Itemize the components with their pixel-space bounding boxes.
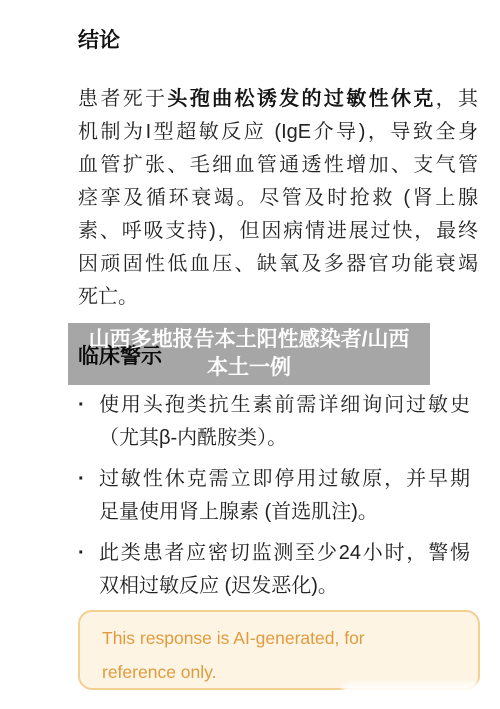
ai-disclaimer-line: This response is AI-generated, for <box>102 621 456 655</box>
ai-disclaimer-box: This response is AI-generated, for refer… <box>78 610 480 690</box>
banner-line: 山西多地报告本土阳性感染者/山西 <box>89 326 410 354</box>
list-item-line: 使用头孢类抗生素前需详细询问过敏史 <box>99 389 470 422</box>
banner-line: 本土一例 <box>207 354 291 382</box>
paragraph-text: 患者死于 <box>78 88 167 110</box>
bullet-icon: · <box>78 389 99 455</box>
watermark-cover <box>342 683 500 701</box>
paragraph-line: 血管扩张、毛细血管通透性增加、支气管 <box>78 149 478 182</box>
list-item-line: 过敏性休克需立即停用过敏原，并早期 <box>99 463 470 496</box>
page-root: 结论 患者死于头孢曲松诱发的过敏性休克，其 机制为I型超敏反应 (IgE介导)，… <box>0 0 500 709</box>
conclusion-paragraph: 患者死于头孢曲松诱发的过敏性休克，其 机制为I型超敏反应 (IgE介导)，导致全… <box>78 83 478 314</box>
bullet-icon: · <box>78 537 99 603</box>
list-item-line: 双相过敏反应 (迟发恶化)。 <box>99 570 470 603</box>
paragraph-text: ，其 <box>436 88 478 110</box>
list-item: · 过敏性休克需立即停用过敏原，并早期 足量使用肾上腺素 (首选肌注)。 <box>78 463 470 529</box>
list-item-text: 使用头孢类抗生素前需详细询问过敏史 （尤其β-内酰胺类）。 <box>99 389 470 455</box>
list-item: · 使用头孢类抗生素前需详细询问过敏史 （尤其β-内酰胺类）。 <box>78 389 470 455</box>
paragraph-line: 患者死于头孢曲松诱发的过敏性休克，其 <box>78 83 478 116</box>
clinical-warning-list: · 使用头孢类抗生素前需详细询问过敏史 （尤其β-内酰胺类）。 · 过敏性休克需… <box>78 389 470 611</box>
list-item-line: （尤其β-内酰胺类）。 <box>99 422 470 455</box>
list-item-line: 足量使用肾上腺素 (首选肌注)。 <box>99 496 470 529</box>
paragraph-line: 素、呼吸支持)，但因病情进展过快，最终 <box>78 215 478 248</box>
paragraph-line: 痉挛及循环衰竭。尽管及时抢救 (肾上腺 <box>78 182 478 215</box>
list-item: · 此类患者应密切监测至少24小时，警惕 双相过敏反应 (迟发恶化)。 <box>78 537 470 603</box>
paragraph-bold-text: 头孢曲松诱发的过敏性休克 <box>167 88 435 110</box>
bullet-icon: · <box>78 463 99 529</box>
paragraph-line: 机制为I型超敏反应 (IgE介导)，导致全身 <box>78 116 478 149</box>
paragraph-line: 死亡。 <box>78 281 478 314</box>
paragraph-line: 因顽固性低血压、缺氧及多器官功能衰竭 <box>78 248 478 281</box>
list-item-text: 过敏性休克需立即停用过敏原，并早期 足量使用肾上腺素 (首选肌注)。 <box>99 463 470 529</box>
video-caption-overlay-banner: 山西多地报告本土阳性感染者/山西 本土一例 <box>68 323 430 385</box>
list-item-line: 此类患者应密切监测至少24小时，警惕 <box>99 537 470 570</box>
conclusion-heading: 结论 <box>78 27 120 55</box>
list-item-text: 此类患者应密切监测至少24小时，警惕 双相过敏反应 (迟发恶化)。 <box>99 537 470 603</box>
